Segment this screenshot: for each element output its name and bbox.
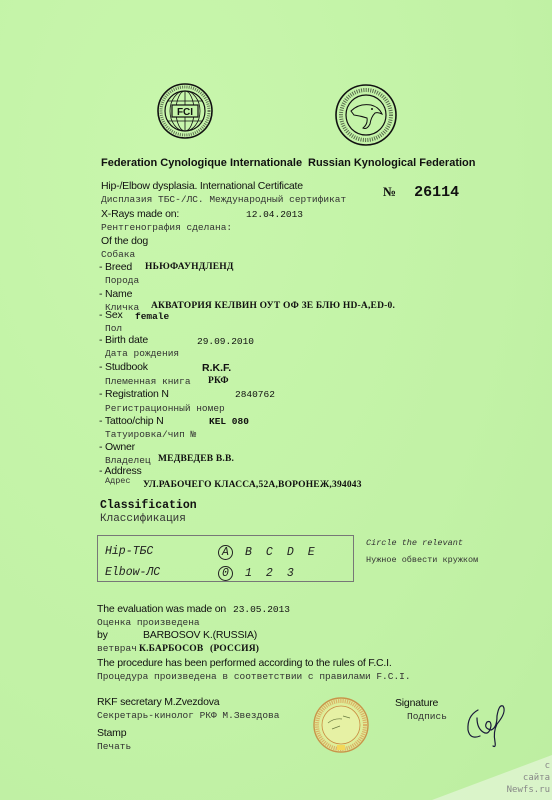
name-value: АКВАТОРИЯ КЕЛВИН ОУТ ОФ ЗЕ БЛЮ HD-A,ED-0…	[151, 301, 395, 311]
elbow-grade-1[interactable]: 1	[245, 567, 252, 580]
xrays-label-ru: Рентгенография сделана:	[101, 222, 232, 233]
tattoo-value: KEL 080	[209, 416, 249, 427]
studbook-label-ru: Племенная книга	[105, 376, 191, 387]
elbow-grade-3[interactable]: 3	[287, 567, 294, 580]
certificate-page: FCI Federation Cynologique International…	[0, 0, 552, 800]
dog-label-ru: Собака	[101, 249, 135, 260]
breed-label-en: - Breed	[99, 261, 132, 273]
hip-grade-c[interactable]: C	[266, 546, 273, 559]
rkf-logo-icon	[335, 84, 397, 146]
classification-title-en: Classification	[100, 499, 197, 512]
stamp-label-ru: Печать	[97, 741, 131, 752]
sex-label-ru: Пол	[105, 323, 122, 334]
watermark: с сайта Newfs.ru	[507, 760, 550, 796]
fci-logo-icon: FCI	[157, 83, 213, 139]
circle-note-en: Circle the relevant	[366, 538, 463, 548]
sex-value: female	[135, 311, 169, 322]
hip-grade-a-selected[interactable]: A	[218, 545, 233, 560]
hip-grade-e[interactable]: E	[308, 546, 315, 559]
studbook-value-en: R.K.F.	[202, 362, 231, 374]
owner-value: МЕДВЕДЕВ В.В.	[158, 454, 234, 464]
vet-country-ru: (РОССИЯ)	[210, 644, 259, 654]
xrays-date: 12.04.2013	[246, 209, 303, 220]
certificate-number: № 26114	[383, 184, 459, 201]
xrays-label-en: X-Rays made on:	[101, 208, 179, 220]
evaluation-date: 23.05.2013	[233, 604, 290, 615]
watermark-line2: сайта	[507, 772, 550, 784]
breed-label-ru: Порода	[105, 275, 139, 286]
hip-grades: ABCDE	[218, 545, 315, 560]
by-label-en: by	[97, 629, 108, 641]
secretary-ru: Секретарь-кинолог РКФ М.Звездова	[97, 710, 279, 721]
signature-icon	[463, 698, 513, 750]
elbow-grades: 0123	[218, 566, 294, 581]
sex-label-en: - Sex	[99, 309, 123, 321]
hip-grade-b[interactable]: B	[245, 546, 252, 559]
classification-title-ru: Классификация	[100, 513, 186, 525]
procedure-ru: Процедура произведена в соответствии с п…	[97, 671, 411, 682]
evaluation-label-ru: Оценка произведена	[97, 617, 200, 628]
address-value: УЛ.РАБОЧЕГО КЛАССА,52А,ВОРОНЕЖ,394043	[143, 480, 362, 490]
watermark-line1: с	[507, 760, 550, 772]
svg-text:FCI: FCI	[177, 107, 193, 118]
stamp-label-en: Stamp	[97, 727, 126, 739]
watermark-line3: Newfs.ru	[507, 784, 550, 796]
certificate-title-en: Hip-/Elbow dysplasia. International Cert…	[101, 180, 303, 192]
by-label-ru: ветврач	[97, 643, 137, 654]
rkf-stamp-icon	[312, 696, 370, 754]
registration-value: 2840762	[235, 389, 275, 400]
address-label-ru: Адрес	[105, 476, 131, 486]
circle-note-ru: Нужное обвести кружком	[366, 555, 478, 565]
registration-label-ru: Регистрационный номер	[105, 403, 225, 414]
number-sign: №	[383, 184, 396, 199]
hip-grade-d[interactable]: D	[287, 546, 294, 559]
rkf-org-name: Russian Kynological Federation	[308, 157, 475, 169]
signature-label-en: Signature	[395, 697, 438, 709]
birth-label-ru: Дата рождения	[105, 348, 179, 359]
procedure-en: The procedure has been performed accordi…	[97, 657, 392, 669]
elbow-grade-0-selected[interactable]: 0	[218, 566, 233, 581]
certificate-number-value: 26114	[414, 184, 459, 201]
studbook-value-ru: РКФ	[208, 376, 229, 386]
signature-label-ru: Подпись	[407, 711, 447, 722]
fci-org-name: Federation Cynologique Internationale	[101, 157, 302, 169]
tattoo-label-ru: Татуировка/чип №	[105, 429, 196, 440]
evaluation-label-en: The evaluation was made on	[97, 603, 226, 615]
secretary-en: RKF secretary M.Zvezdova	[97, 696, 219, 708]
hip-label: Hip-ТБС	[105, 545, 153, 558]
vet-name-en: BARBOSOV K.(RUSSIA)	[143, 629, 257, 641]
elbow-label: Elbow-ЛС	[105, 566, 160, 579]
dog-label-en: Of the dog	[101, 235, 148, 247]
registration-label-en: - Registration N	[99, 388, 169, 400]
studbook-label-en: - Studbook	[99, 361, 148, 373]
elbow-grade-2[interactable]: 2	[266, 567, 273, 580]
birth-value: 29.09.2010	[197, 336, 254, 347]
owner-label-en: - Owner	[99, 441, 135, 453]
tattoo-label-en: - Tattoo/chip N	[99, 415, 164, 427]
certificate-title-ru: Дисплазия ТБС-/ЛС. Международный сертифи…	[101, 194, 346, 205]
vet-name-ru: К.БАРБОСОВ	[139, 644, 203, 654]
name-label-en: - Name	[99, 288, 132, 300]
birth-label-en: - Birth date	[99, 334, 148, 346]
breed-value: НЬЮФАУНДЛЕНД	[145, 262, 234, 272]
